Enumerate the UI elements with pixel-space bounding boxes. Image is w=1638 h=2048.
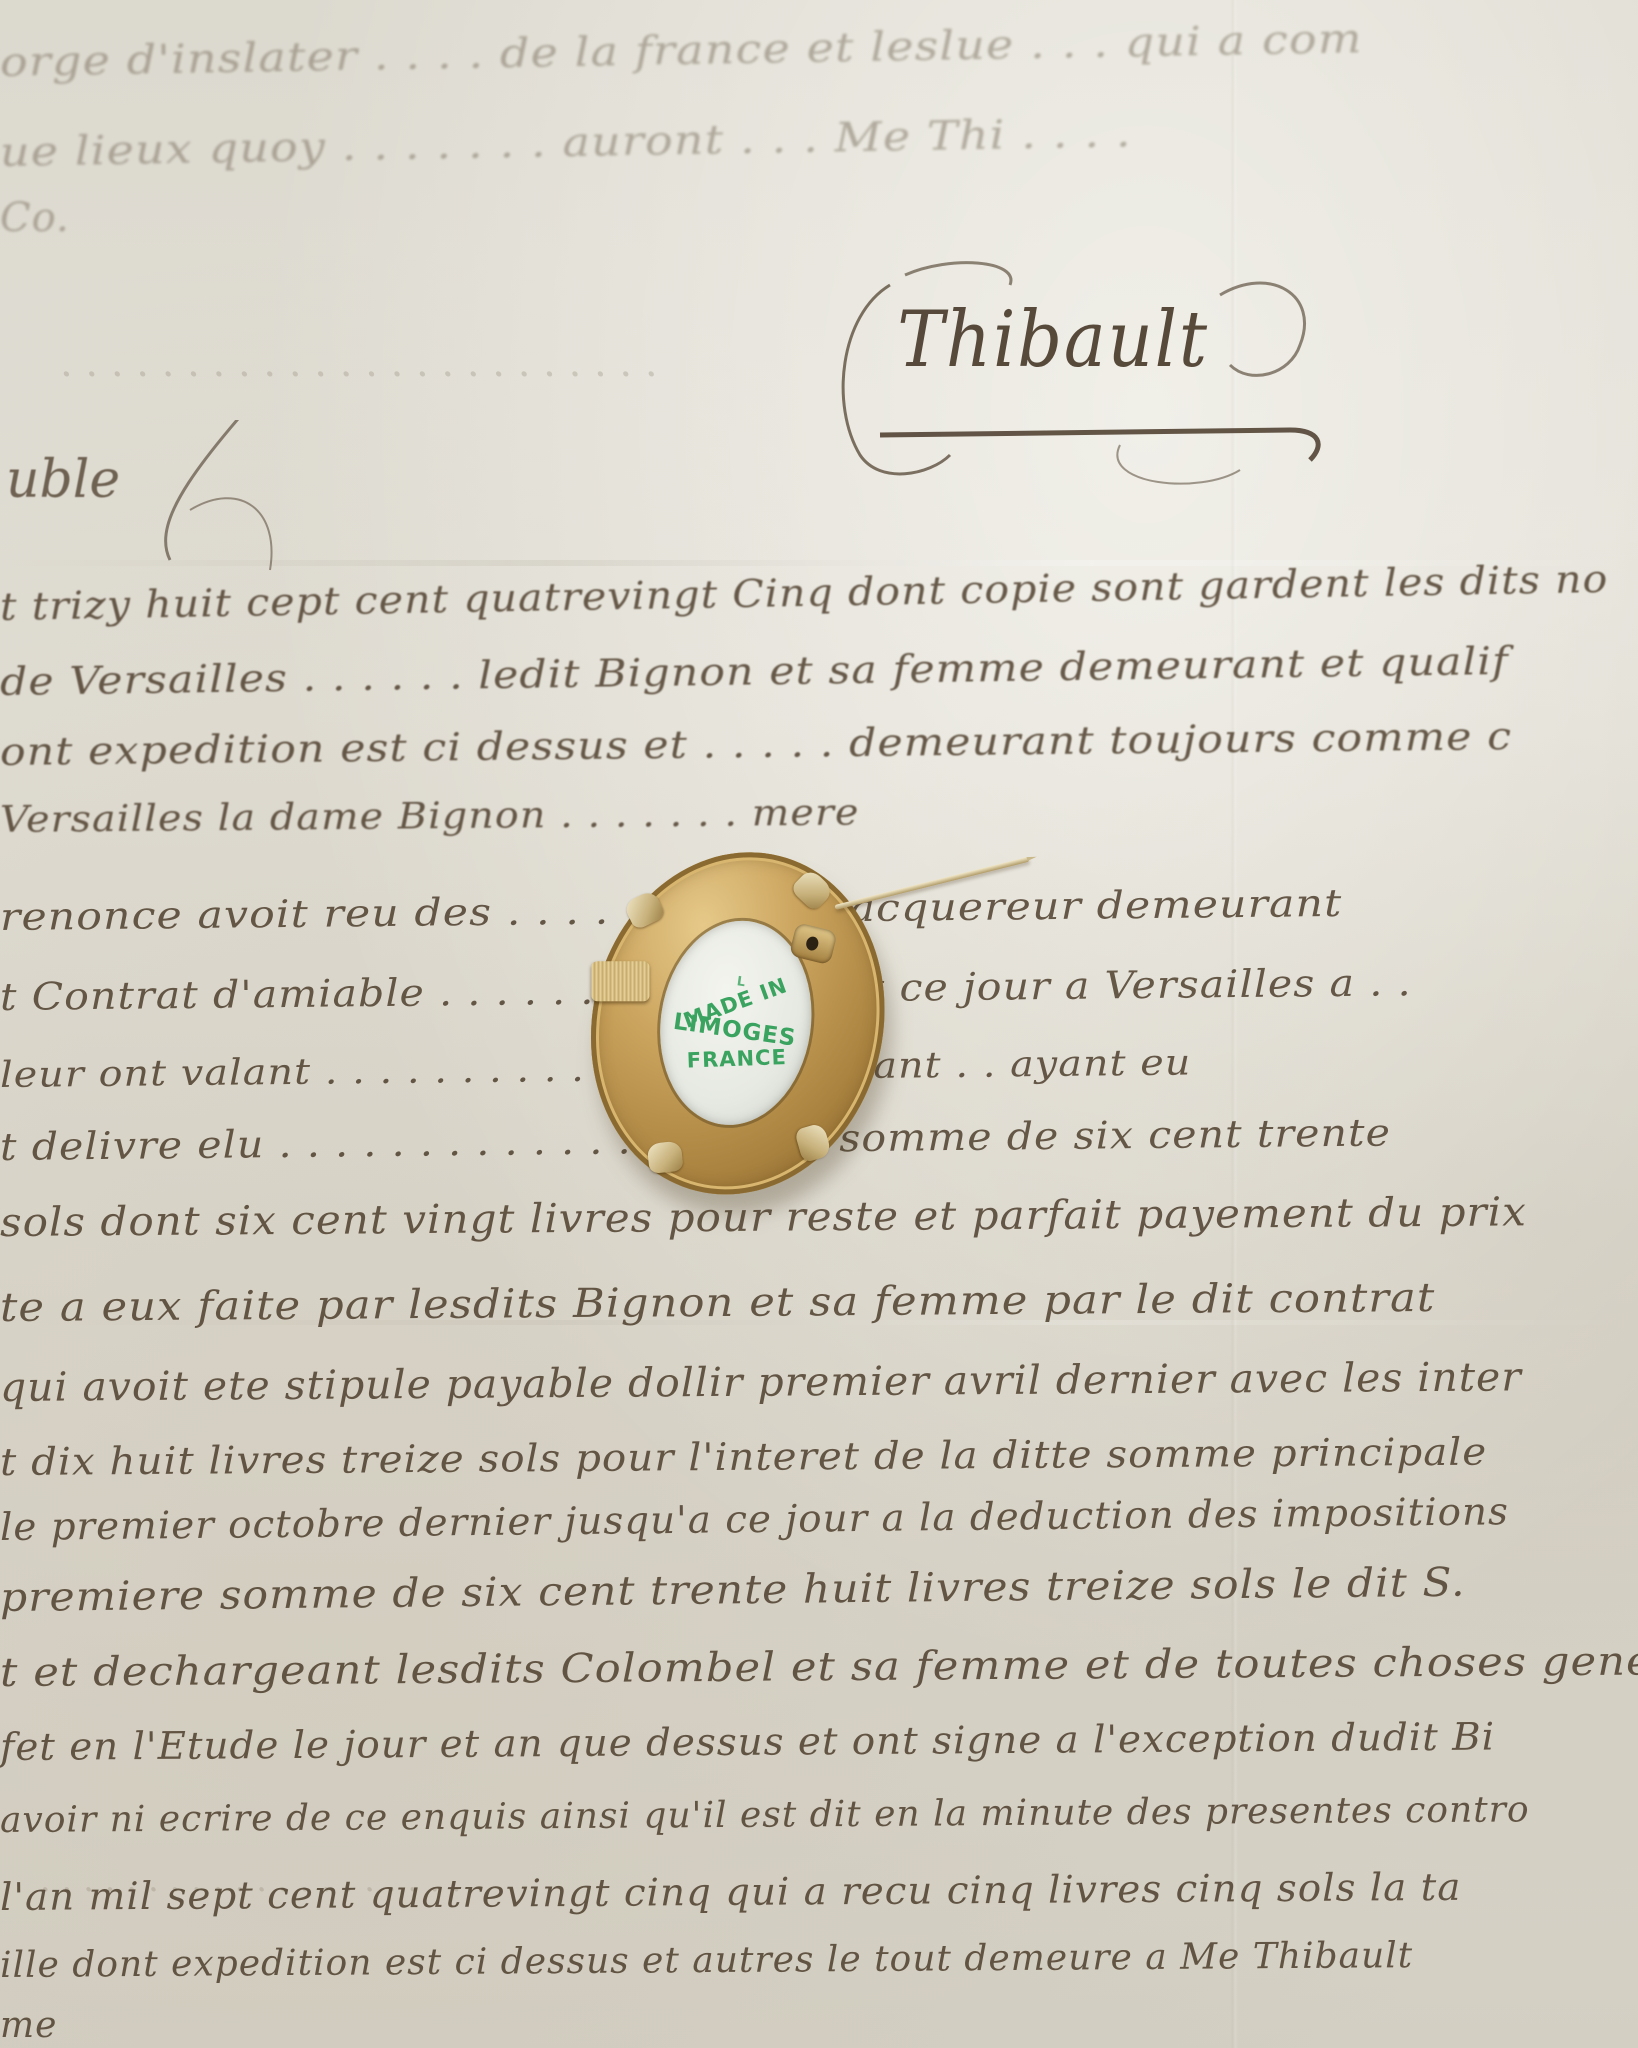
- signature: Thibault: [820, 255, 1340, 495]
- margin-note: uble: [0, 420, 330, 580]
- bleed-through-text: . . . . . . . . . . . . . . . . . . . . …: [60, 340, 658, 386]
- signature-text: Thibault: [897, 295, 1209, 385]
- manuscript-line: l'an mil sept cent quatrevingt cinq qui …: [0, 1865, 1462, 1919]
- manuscript-line: ue lieux quoy . . . . . . . auront . . .…: [0, 110, 1132, 176]
- clasp-catch: [591, 961, 649, 1001]
- prong-bottom-left: [647, 1141, 684, 1174]
- manuscript-line: qui avoit ete stipule payable dollir pre…: [0, 1354, 1522, 1411]
- manuscript-line: premiere somme de six cent trente huit l…: [0, 1560, 1466, 1621]
- manuscript-line: Versailles la dame Bignon . . . . . . . …: [0, 793, 860, 841]
- margin-note-text: uble: [6, 450, 120, 510]
- manuscript-line: fet en l'Etude le jour et an que dessus …: [0, 1715, 1495, 1769]
- manuscript-line: le premier octobre dernier jusqu'a ce jo…: [0, 1489, 1509, 1549]
- manuscript-line: t et dechargeant lesdits Colombel et sa …: [0, 1638, 1638, 1696]
- manuscript-line: orge d'inslater . . . . de la france et …: [0, 16, 1363, 86]
- manuscript-line: me: [0, 2005, 57, 2046]
- manuscript-line: avoir ni ecrire de ce enquis ainsi qu'il…: [0, 1789, 1530, 1841]
- manuscript-line: Co.: [0, 195, 70, 241]
- manuscript-line: de Versailles . . . . . . ledit Bignon e…: [0, 639, 1509, 704]
- photo-scene: . . . . . . . . . . . . . . . . . . . . …: [0, 0, 1638, 2048]
- manuscript-line: t dix huit livres treize sols pour l'int…: [0, 1430, 1487, 1484]
- pin-tip-icon: [1027, 855, 1038, 861]
- limoges-brooch: L MADE IN LIMOGES FRANCE: [554, 821, 930, 1233]
- manuscript-line: ont expedition est ci dessus et . . . . …: [0, 714, 1512, 774]
- stamp-france: FRANCE: [686, 1046, 787, 1072]
- manuscript-line: ille dont expedition est ci dessus et au…: [0, 1935, 1413, 1986]
